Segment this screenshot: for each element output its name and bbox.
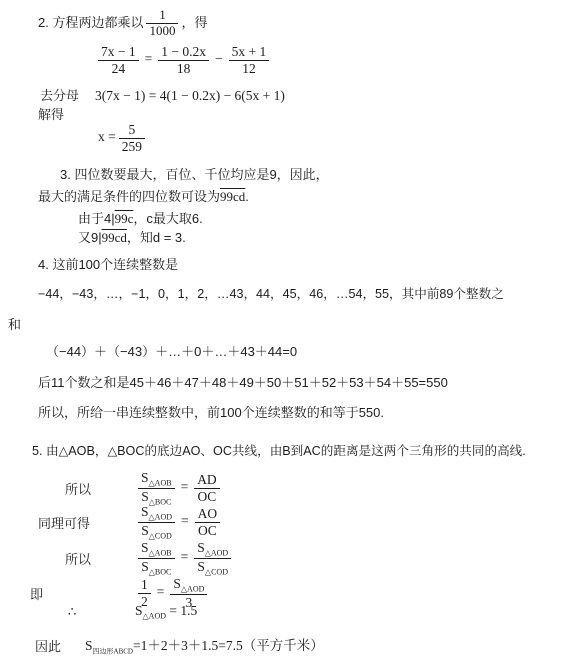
numerator: S△AOD (170, 576, 207, 595)
overline-number: 99c (115, 211, 134, 226)
problem3-line2-suffix: . (245, 189, 249, 204)
minus-sign: − (215, 51, 223, 66)
problem2-intro-suffix: ，得 (181, 15, 207, 30)
numerator: S△AOB (138, 540, 175, 559)
problem4-conclusion: 所以，所给一串连续整数中，前100个连续整数的和等于550. (38, 405, 384, 422)
equals-sign: = (145, 51, 153, 66)
problem3-line4-suffix: ，知d = 3. (127, 230, 186, 245)
numerator: 1 (138, 577, 151, 594)
problem3-line3-prefix: 由于4| (78, 211, 115, 226)
problem2-solution: x =5259 (98, 122, 148, 154)
equals-sign: = (181, 549, 189, 564)
problem3-line3: 由于4|99c，c最大取6. (78, 211, 203, 228)
denominator: 259 (119, 139, 145, 155)
denominator: 24 (98, 61, 139, 77)
s-subscript: 四边形ABCD (93, 648, 133, 656)
problem4-sum-550: 后11个数之和是45＋46＋47＋48＋49＋50＋51＋52＋53＋54＋55… (38, 375, 448, 392)
overline-number: 99cd (102, 230, 127, 245)
eq-row-3: 所以 S△AOBS△BOC=S△AODS△COD (0, 538, 234, 578)
eq-row-1-label: 所以 (65, 479, 135, 498)
numerator: S△AOD (194, 540, 231, 559)
overline-number: 99cd (220, 189, 245, 204)
problem3-line2: 最大的满足条件的四位数可设为99cd. (38, 189, 249, 206)
s-symbol: S (85, 638, 93, 653)
problem3-line3-suffix: ，c最大取6. (133, 211, 202, 226)
problem3-line2-prefix: 最大的满足条件的四位数可设为 (38, 189, 220, 204)
numerator: AD (194, 472, 220, 489)
eq-row-3-formula: S△AOBS△BOC=S△AODS△COD (135, 540, 234, 576)
eq-row-5-formula: S△AOD = 1.5 (135, 603, 197, 621)
equals-sign: = (157, 584, 165, 599)
fraction: S△AOBS△BOC (138, 540, 175, 576)
denominator: 18 (158, 61, 209, 77)
fraction: 1 − 0.2x18 (158, 44, 209, 76)
fraction: S△AODS△COD (194, 540, 231, 576)
equals-sign: = (181, 479, 189, 494)
numerator: AO (195, 506, 221, 523)
fraction: 5259 (119, 122, 145, 154)
fraction: ADOC (194, 472, 220, 504)
eq-row-1-formula: S△AOBS△BOC=ADOC (135, 470, 223, 506)
eq-row-2-label: 同理可得 (38, 513, 135, 532)
problem2-intro: 2. 方程两边都乘以11000，得 (38, 8, 207, 39)
problem4-sum-zero: （−44）＋（−43）＋…＋0＋…＋43＋44=0 (46, 344, 297, 361)
eq-row-4-label: 即 (30, 584, 135, 603)
fraction: AOOC (195, 506, 221, 538)
equals-sign: = (181, 513, 189, 528)
fraction: 7x − 124 (98, 44, 139, 76)
eq-row-2: 同理可得 S△AODS△COD=AOOC (0, 502, 223, 542)
fraction: 5x + 112 (229, 44, 270, 76)
document-page: { "page": { "background": "#ffffff", "te… (0, 0, 567, 660)
numerator: S△AOB (138, 470, 175, 489)
numerator: 1 (146, 8, 178, 24)
numerator: 5x + 1 (229, 44, 270, 61)
final-answer-label: 因此 (35, 636, 85, 655)
numerator: 1 − 0.2x (158, 44, 209, 61)
fraction: S△AODS△COD (138, 504, 175, 540)
problem2-main-equation: 7x − 124=1 − 0.2x18−5x + 112 (95, 44, 272, 76)
numerator: S△AOD (138, 504, 175, 523)
eq-row-5-label: ∴ (68, 604, 135, 620)
problem4-line1: 4. 这前100个连续整数是 (38, 257, 178, 274)
final-answer-expression: =1＋2＋3＋1.5=7.5（平方千米） (133, 638, 324, 653)
denominator: OC (195, 523, 221, 539)
s-symbol: S (135, 603, 143, 618)
fraction: S△AOBS△BOC (138, 470, 175, 506)
s-subscript: △AOD (143, 612, 166, 621)
problem2-solve-label: 解得 (38, 107, 64, 124)
problem3-line1: 3. 四位数要最大，百位、千位均应是9，因此， (60, 167, 329, 184)
final-answer-formula: S四边形ABCD=1＋2＋3＋1.5=7.5（平方千米） (85, 634, 324, 656)
final-answer: 因此 S四边形ABCD=1＋2＋3＋1.5=7.5（平方千米） (0, 634, 324, 656)
denominator: 12 (229, 61, 270, 77)
problem5-intro: 5. 由△AOB，△BOC的底边AO、OC共线，由B到AC的距离是这两个三角形的… (32, 443, 526, 459)
clear-denominator-label: 去分母 (40, 88, 95, 105)
problem4-number-list: −44，−43，…，−1，0，1，2，…43，44，45，46，…54，55，其… (38, 286, 504, 302)
problem4-line3: 和 (8, 317, 21, 334)
eq-row-3-label: 所以 (65, 549, 135, 568)
eq-row-2-formula: S△AODS△COD=AOOC (135, 504, 223, 540)
eq-row-5: ∴ S△AOD = 1.5 (0, 601, 197, 623)
eq-row-5-rhs: = 1.5 (169, 603, 197, 618)
clear-denominator-equation: 3(7x − 1) = 4(1 − 0.2x) − 6(5x + 1) (95, 88, 285, 103)
numerator: 5 (119, 122, 145, 139)
problem3-line4-prefix: 又9| (78, 230, 102, 245)
problem2-intro-prefix: 2. 方程两边都乘以 (38, 15, 143, 30)
numerator: 7x − 1 (98, 44, 139, 61)
denominator: 1000 (146, 24, 178, 39)
problem2-clear-denominator: 去分母3(7x − 1) = 4(1 − 0.2x) − 6(5x + 1) (40, 87, 285, 105)
problem3-line4: 又9|99cd，知d = 3. (78, 230, 186, 247)
solution-lhs: x = (98, 129, 116, 144)
fraction: 11000 (146, 8, 178, 39)
